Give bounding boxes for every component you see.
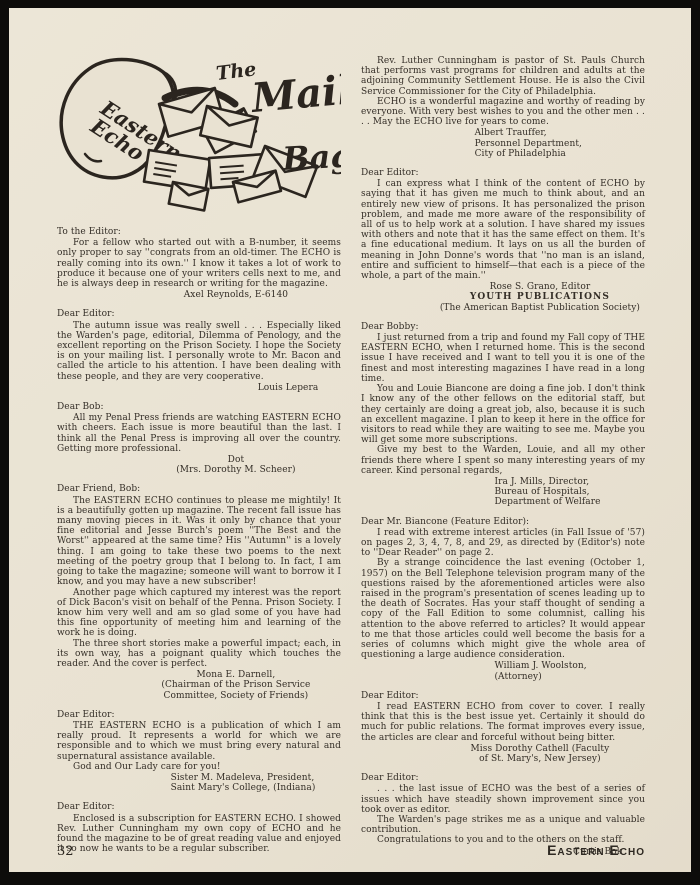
letter-louis-lepera: Dear Editor: The autumn issue was really… <box>57 309 341 393</box>
letter-ira-mills: Dear Bobby: I just returned from a trip … <box>361 322 645 508</box>
masthead-title-bag: Bag <box>280 136 341 178</box>
page-footer: 32 Eastern Echo <box>57 842 645 859</box>
letter-paragraph: . . . the last issue of ECHO was the bes… <box>361 784 645 815</box>
letter-paragraph: By a strange coincidence the last evenin… <box>361 558 645 660</box>
letter-paragraph: I read EASTERN ECHO from cover to cover.… <box>361 702 645 743</box>
letter-dorothy-scheer: Dear Bob: All my Penal Press friends are… <box>57 402 341 475</box>
signature-line: (The American Baptist Publication Societ… <box>435 303 645 313</box>
letter-paragraph: For a fellow who started out with a B-nu… <box>57 238 341 289</box>
letter-paragraph: The three short stories make a powerful … <box>57 639 341 670</box>
letter-william-woolston: Dear Mr. Biancone (Feature Editor): I re… <box>361 517 645 682</box>
signature-line: Axel Reynolds, E-6140 <box>131 290 341 300</box>
letter-paragraph: All my Penal Press friends are watching … <box>57 413 341 454</box>
signature-line: (Attorney) <box>494 672 645 682</box>
letter-signature: Dot (Mrs. Dorothy M. Scheer) <box>131 455 341 475</box>
footer-brand: Eastern Echo <box>547 842 645 858</box>
letter-signature: Ira J. Mills, Director, Bureau of Hospit… <box>494 477 645 508</box>
letter-salutation: Dear Editor: <box>361 168 645 178</box>
letter-paragraph: I can express what I think of the conten… <box>361 179 645 281</box>
letter-salutation: Dear Bob: <box>57 402 341 412</box>
letter-paragraph: God and Our Lady care for you! <box>57 762 341 772</box>
signature-line: Bureau of Hospitals, <box>494 487 645 497</box>
signature-line: YOUTH PUBLICATIONS <box>435 292 645 302</box>
letter-paragraph: Another page which captured my interest … <box>57 588 341 639</box>
letter-mona-darnell: Dear Friend, Bob: The EASTERN ECHO conti… <box>57 484 341 700</box>
letter-paragraph: The EASTERN ECHO continues to please me … <box>57 496 341 588</box>
signature-line: City of Philadelphia <box>475 149 645 159</box>
signature-line: (Chairman of the Prison Service <box>131 680 341 690</box>
page-content: Eastern Echo <box>57 56 645 828</box>
letter-salutation: Dear Editor: <box>57 802 341 812</box>
signature-line: Sister M. Madeleva, President, <box>171 773 341 783</box>
letter-paragraph: You and Louie Biancone are doing a fine … <box>361 384 645 445</box>
signature-line: (Mrs. Dorothy M. Scheer) <box>131 465 341 475</box>
letter-signature: William J. Woolston, (Attorney) <box>494 661 645 681</box>
letter-paragraph: Rev. Luther Cunningham is pastor of St. … <box>361 56 645 97</box>
signature-line: Committee, Society of Friends) <box>131 691 341 701</box>
masthead-title-mail: Mail <box>248 66 341 122</box>
letter-paragraph: The Warden's page strikes me as a unique… <box>361 815 645 835</box>
letter-dorothy-cathell: Dear Editor: I read EASTERN ECHO from co… <box>361 691 645 764</box>
signature-line: Dot <box>131 455 341 465</box>
signature-line: of St. Mary's, New Jersey) <box>435 754 645 764</box>
letter-signature: Miss Dorothy Cathell (Faculty of St. Mar… <box>435 744 645 764</box>
mailbag-illustration: Eastern Echo <box>57 56 341 214</box>
signature-line: Albert Trauffer, <box>475 128 645 138</box>
signature-line: Miss Dorothy Cathell (Faculty <box>435 744 645 754</box>
letter-paragraph: ECHO is a wonderful magazine and worthy … <box>361 97 645 128</box>
letter-salutation: Dear Editor: <box>361 773 645 783</box>
page-number: 32 <box>57 844 74 859</box>
letter-salutation: Dear Mr. Biancone (Feature Editor): <box>361 517 645 527</box>
letter-signature: Sister M. Madeleva, President, Saint Mar… <box>171 773 341 793</box>
letter-paragraph: Give my best to the Warden, Louie, and a… <box>361 445 645 476</box>
letter-sister-madeleva: Dear Editor: THE EASTERN ECHO is a publi… <box>57 710 341 794</box>
letter-salutation: Dear Editor: <box>361 691 645 701</box>
signature-line: Mona E. Darnell, <box>131 670 341 680</box>
signature-line: William J. Woolston, <box>494 661 645 671</box>
mailbag-drawing: Eastern Echo <box>57 56 341 214</box>
letter-salutation: Dear Friend, Bob: <box>57 484 341 494</box>
letter-paragraph: I read with extreme interest articles (i… <box>361 528 645 559</box>
letter-salutation: To the Editor: <box>57 227 341 237</box>
letter-signature: Mona E. Darnell, (Chairman of the Prison… <box>131 670 341 701</box>
letter-signature: Louis Lepera <box>57 383 318 393</box>
magazine-page: Eastern Echo <box>9 8 691 872</box>
letter-salutation: Dear Editor: <box>57 710 341 720</box>
letter-signature: Rose S. Grano, Editor YOUTH PUBLICATIONS… <box>435 282 645 313</box>
letter-signature: Albert Trauffer, Personnel Department, C… <box>475 128 645 159</box>
letter-albert-trauffer: Rev. Luther Cunningham is pastor of St. … <box>361 56 645 159</box>
signature-line: Rose S. Grano, Editor <box>435 282 645 292</box>
letter-paragraph: The autumn issue was really swell . . . … <box>57 321 341 382</box>
signature-line: Louis Lepera <box>57 383 318 393</box>
signature-line: Department of Welfare <box>494 497 645 507</box>
letter-salutation: Dear Editor: <box>57 309 341 319</box>
letter-rose-grano: Dear Editor: I can express what I think … <box>361 168 645 313</box>
letter-signature: Axel Reynolds, E-6140 <box>131 290 341 300</box>
right-column: Rev. Luther Cunningham is pastor of St. … <box>361 56 645 828</box>
letter-paragraph: THE EASTERN ECHO is a publication of whi… <box>57 721 341 762</box>
letter-axel-reynolds: To the Editor: For a fellow who started … <box>57 227 341 300</box>
letter-salutation: Dear Bobby: <box>361 322 645 332</box>
left-column: Eastern Echo <box>57 56 341 828</box>
signature-line: Personnel Department, <box>475 139 645 149</box>
letter-paragraph: I just returned from a trip and found my… <box>361 333 645 384</box>
signature-line: Saint Mary's College, (Indiana) <box>171 783 341 793</box>
signature-line: Ira J. Mills, Director, <box>494 477 645 487</box>
